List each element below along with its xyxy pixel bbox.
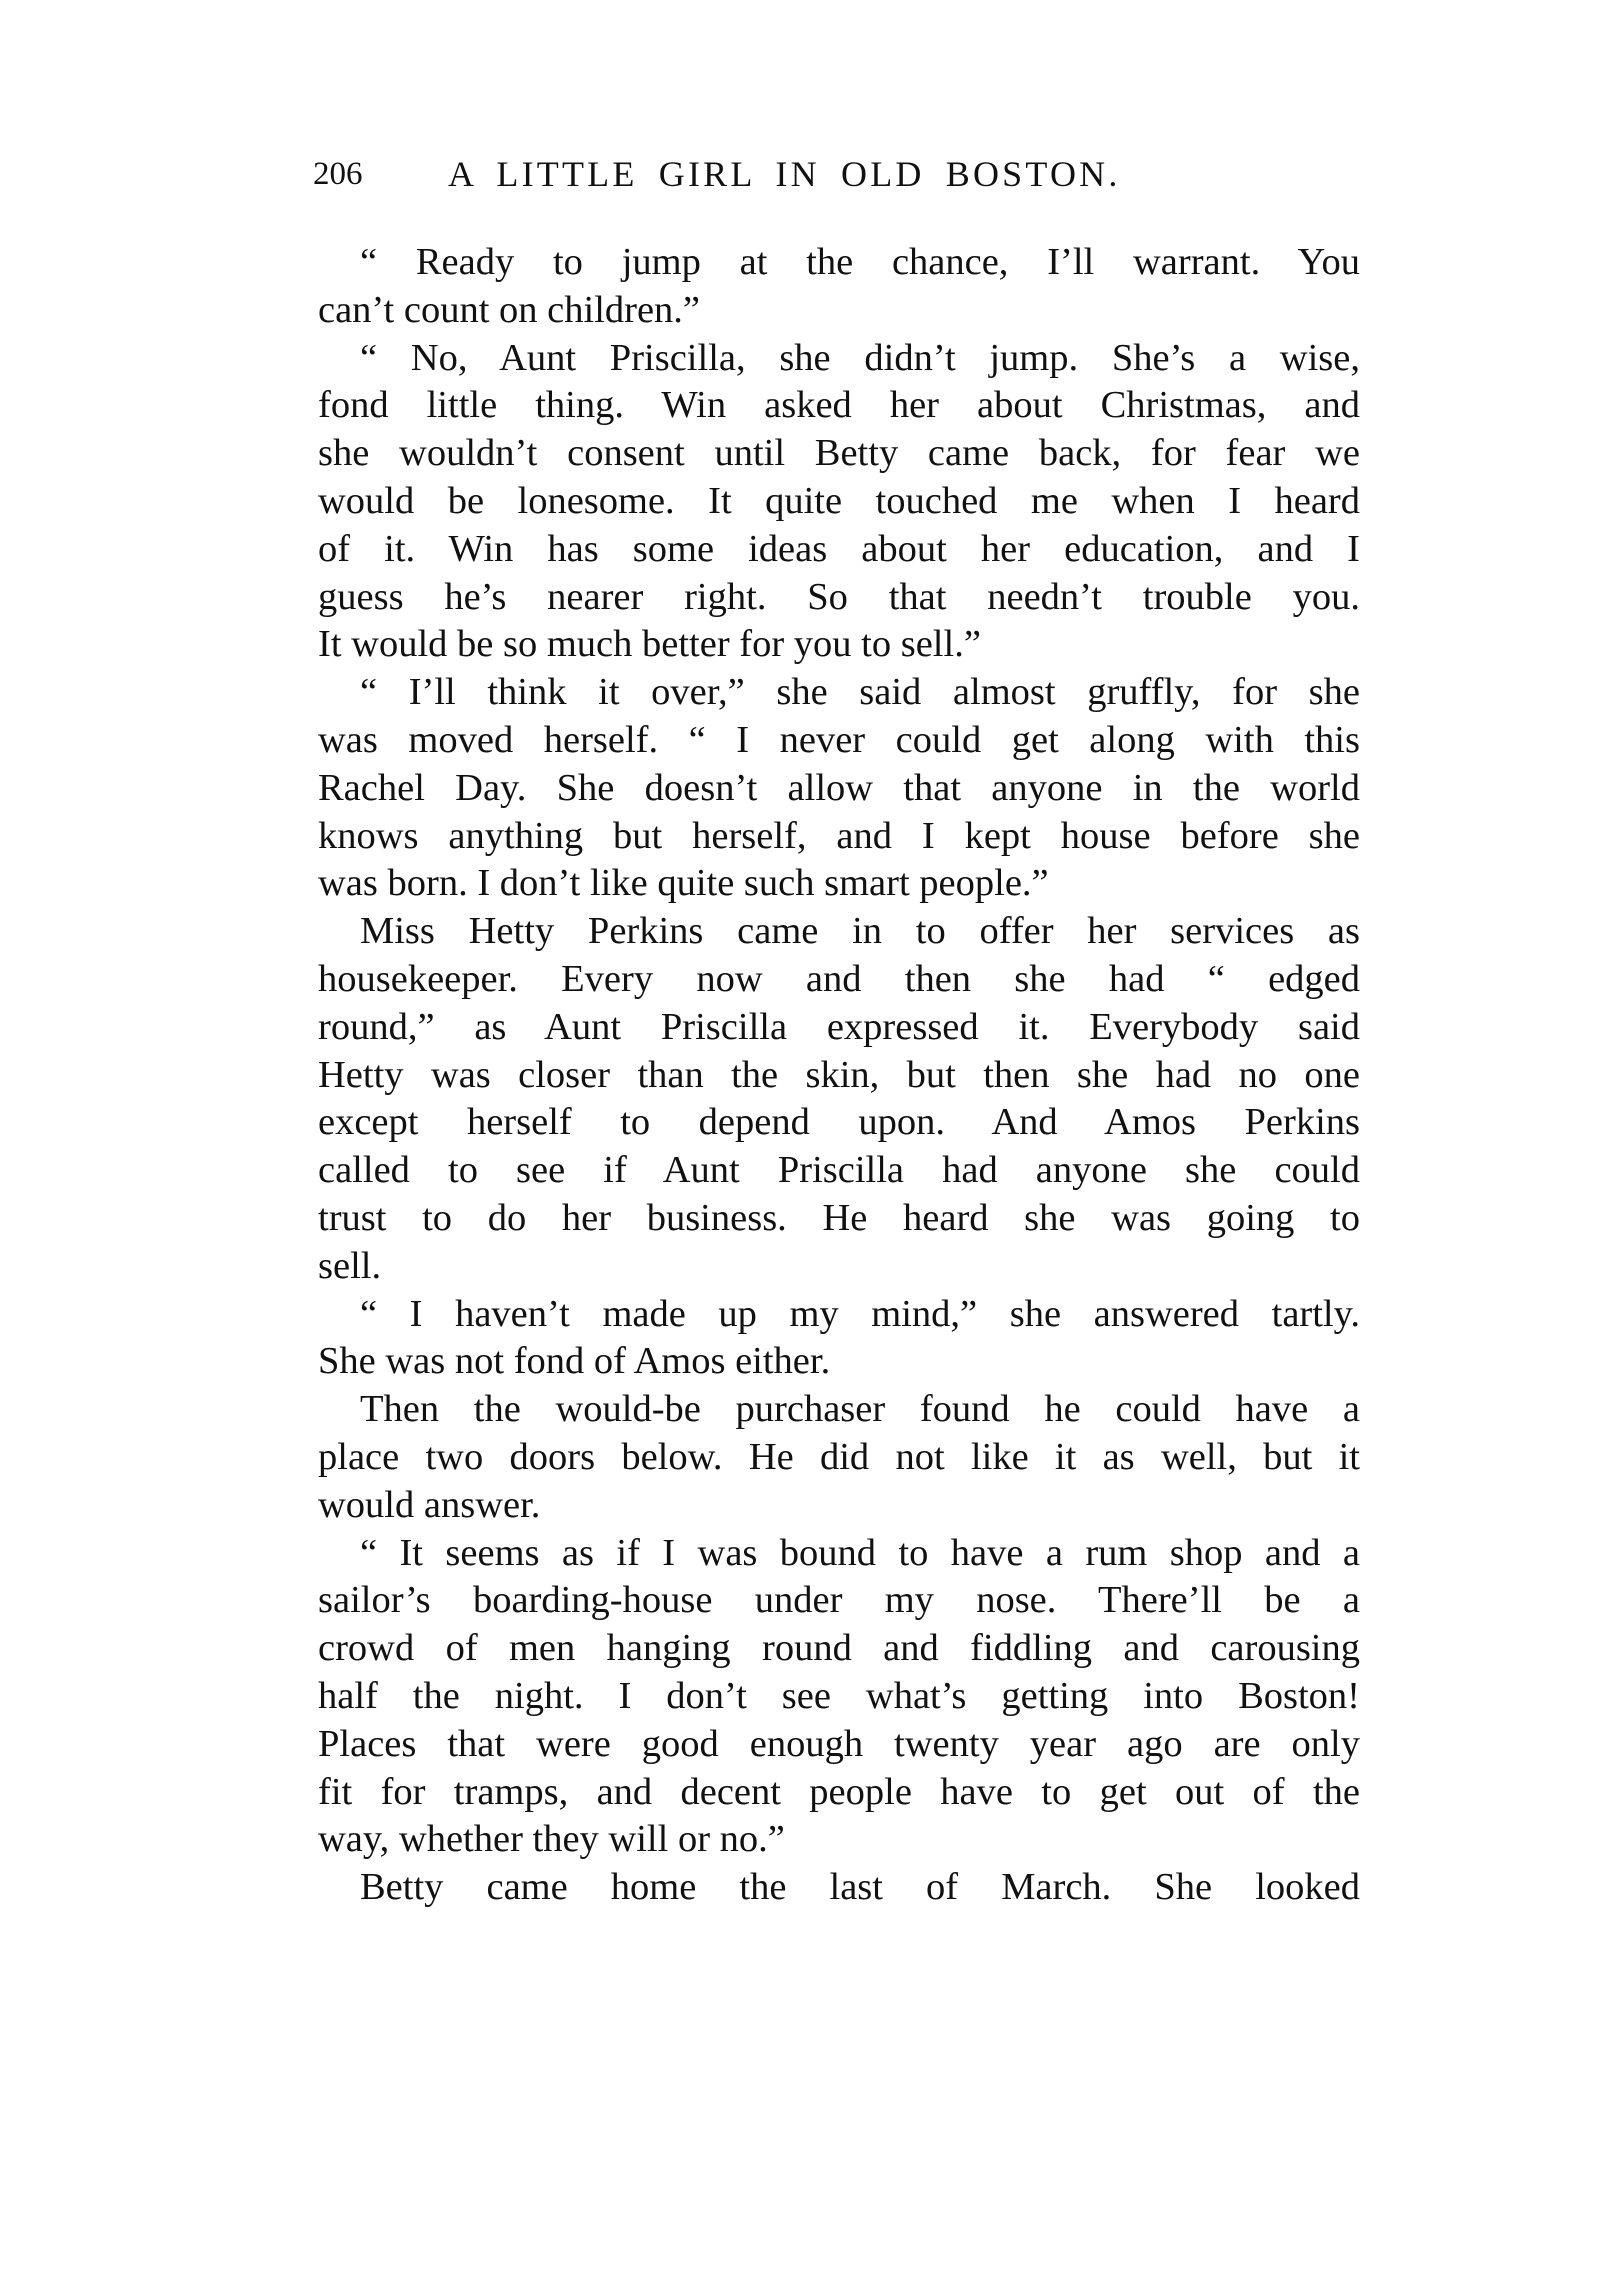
text-line: knows anything but herself, and I kept h… xyxy=(318,813,1360,861)
paragraph: “ Ready to jump at the chance, I’ll warr… xyxy=(318,239,1360,335)
text-line: round,” as Aunt Priscilla expressed it. … xyxy=(318,1004,1360,1052)
text-line: half the night. I don’t see what’s getti… xyxy=(318,1673,1360,1721)
text-line: “ No, Aunt Priscilla, she didn’t jump. S… xyxy=(318,335,1360,383)
text-line: she wouldn’t consent until Betty came ba… xyxy=(318,430,1360,478)
text-line: Places that were good enough twenty year… xyxy=(318,1721,1360,1769)
text-line: Betty came home the last of March. She l… xyxy=(318,1864,1360,1912)
book-page: 206 A LITTLE GIRL IN OLD BOSTON. “ Ready… xyxy=(0,0,1611,2274)
text-line: crowd of men hanging round and fiddling … xyxy=(318,1625,1360,1673)
text-line: “ Ready to jump at the chance, I’ll warr… xyxy=(318,239,1360,287)
text-line: fond little thing. Win asked her about C… xyxy=(318,382,1360,430)
paragraph: Betty came home the last of March. She l… xyxy=(318,1864,1360,1912)
page-number: 206 xyxy=(313,152,363,196)
paragraph: Miss Hetty Perkins came in to offer her … xyxy=(318,908,1360,1290)
text-line: “ I haven’t made up my mind,” she answer… xyxy=(318,1291,1360,1339)
running-title: A LITTLE GIRL IN OLD BOSTON. xyxy=(448,152,1121,196)
text-line: would be lonesome. It quite touched me w… xyxy=(318,478,1360,526)
text-line: “ I’ll think it over,” she said almost g… xyxy=(318,669,1360,717)
paragraph: Then the would-be purchaser found he cou… xyxy=(318,1386,1360,1529)
paragraph: “ I haven’t made up my mind,” she answer… xyxy=(318,1291,1360,1387)
paragraph: “ It seems as if I was bound to have a r… xyxy=(318,1530,1360,1865)
paragraph: “ No, Aunt Priscilla, she didn’t jump. S… xyxy=(318,335,1360,670)
text-line: It would be so much better for you to se… xyxy=(318,621,1360,669)
text-line: was born. I don’t like quite such smart … xyxy=(318,860,1360,908)
text-line: way, whether they will or no.” xyxy=(318,1816,1360,1864)
text-line: sailor’s boarding-house under my nose. T… xyxy=(318,1577,1360,1625)
text-line: sell. xyxy=(318,1243,1360,1291)
paragraph: “ I’ll think it over,” she said almost g… xyxy=(318,669,1360,908)
text-line: fit for tramps, and decent people have t… xyxy=(318,1769,1360,1817)
text-line: Hetty was closer than the skin, but then… xyxy=(318,1052,1360,1100)
text-line: called to see if Aunt Priscilla had anyo… xyxy=(318,1147,1360,1195)
text-line: place two doors below. He did not like i… xyxy=(318,1434,1360,1482)
text-line: would answer. xyxy=(318,1482,1360,1530)
text-line: of it. Win has some ideas about her educ… xyxy=(318,526,1360,574)
text-line: Miss Hetty Perkins came in to offer her … xyxy=(318,908,1360,956)
text-line: can’t count on children.” xyxy=(318,287,1360,335)
text-line: Rachel Day. She doesn’t allow that anyon… xyxy=(318,765,1360,813)
running-head: 206 A LITTLE GIRL IN OLD BOSTON. xyxy=(313,152,1225,196)
text-line: “ It seems as if I was bound to have a r… xyxy=(318,1530,1360,1578)
text-line: Then the would-be purchaser found he cou… xyxy=(318,1386,1360,1434)
text-line: trust to do her business. He heard she w… xyxy=(318,1195,1360,1243)
text-line: guess he’s nearer right. So that needn’t… xyxy=(318,574,1360,622)
text-line: except herself to depend upon. And Amos … xyxy=(318,1099,1360,1147)
text-line: was moved herself. “ I never could get a… xyxy=(318,717,1360,765)
text-line: housekeeper. Every now and then she had … xyxy=(318,956,1360,1004)
text-line: She was not fond of Amos either. xyxy=(318,1338,1360,1386)
body-text: “ Ready to jump at the chance, I’ll warr… xyxy=(318,239,1360,1912)
